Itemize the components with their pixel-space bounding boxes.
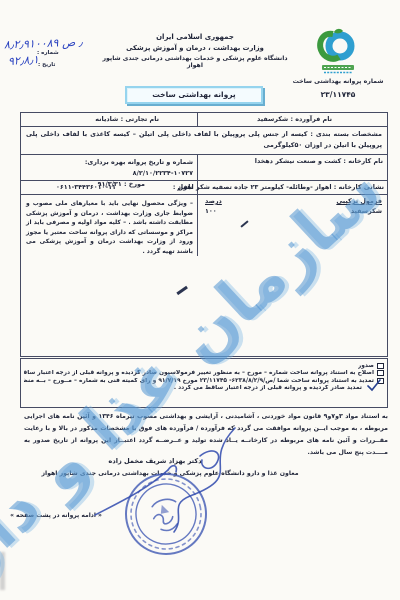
signatory-name: دکتر بهزاد شریف مخمل زاده [60,457,250,465]
date-label: تاریخ : [38,62,55,68]
trade-name-cell: نام تجارتی : شادیانه [21,113,197,126]
table-row: نام فرآورده : شکرسفید نام تجارتی : شادیا… [21,113,387,127]
issuance-item-issue: صدور [24,363,384,369]
renewal-suffix: مورخ ۹۱/۷/۱۹ و رای کمیته فنی به شماره – … [24,378,198,384]
factory-address-cell: نشانی کارخانه : اهواز -وطائله- کیلومتر ۲… [197,181,387,194]
food-and-drug-organization-logo-icon [312,27,362,75]
factory-address-label: نشانی کارخانه : [334,183,384,191]
issuance-item-label: اصلاح به استناد پروانه ساخت شماره – مورخ… [24,370,374,376]
renewal-prefix: تمدید به استناد پروانه ساخت شماره [277,378,374,384]
table-row: فرمول ترکیبی درصد شکرسفید ۱۰۰ – ویژگی مح… [21,195,387,256]
factory-address-value: اهواز -وطائله- کیلومتر ۲۳ جاده تصفیه شکر… [177,183,331,191]
license-number-value: ۲۳/۱۱۷۴۵ [290,90,386,99]
operation-license-label: شماره و تاریخ پروانه بهره برداری: [85,158,193,166]
formula-cell: فرمول ترکیبی درصد شکرسفید ۱۰۰ [197,195,387,256]
scan-smudge-artifact [0,552,5,590]
phone-cell: تلفن : ۰۶۱۱-۳۴۴۳۶۰۱۰-۱۱ [21,181,197,194]
renewal-checkbox [377,378,384,384]
handwritten-date: ۹۲٫۸٫۱ [8,53,40,68]
table-row: مشخصات بسته بندی : کیسه از جنس پلی پروپی… [21,127,387,155]
trade-name-value: شادیانه [95,115,118,123]
issue-checkbox [377,363,384,369]
health-manufacturing-license-document: سازمان غذا و دارو ۸٫۲٫۹٫ ص ۱۰۰۸۹ شماره :… [0,0,400,600]
ministry-title: وزارت بهداشت ، درمان و آموزش پزشکی [95,44,295,52]
document-title: پروانه بهداشتی ساخت [152,90,236,99]
packaging-cell: مشخصات بسته بندی : کیسه از جنس پلی پروپی… [21,127,387,154]
notes-cell: – ویژگی محصول نهایی باید با معیارهای ملی… [21,195,197,256]
formula-ingredient-percent: ۱۰۰ [205,207,217,215]
number-label: شماره : [37,50,59,56]
handwritten-number: ۸٫۲٫۹٫ ص ۱۰۰۸۹ [4,36,83,52]
trade-name-label: نام تجارتی : [121,115,159,123]
license-number-label: شماره پروانه بهداشتی ساخت [290,78,386,85]
formula-header: فرمول ترکیبی [336,197,382,205]
issuance-item-amendment: اصلاح به استناد پروانه ساخت شماره – مورخ… [24,370,384,376]
operation-license-cell: شماره و تاریخ پروانه بهره برداری: ۸/۲/۱۰… [21,155,197,180]
factory-name-value: کشت و صنعت نیشکر دهخدا [255,157,341,165]
issuance-item-renewal: تمدید به استناد پروانه ساخت شماره ۲۳/۱۱۷… [24,378,384,384]
product-name-cell: نام فرآورده : شکرسفید [197,113,387,126]
factory-name-label: نام کارخانه : [343,157,383,165]
legal-statement: به استناد مواد ۳و۷و۹ قانون مواد خوردنی ،… [24,411,388,459]
formula-ingredient-name: شکرسفید [351,207,382,215]
continuation-note: « ادامه پروانه در پشت صفحه » [10,512,102,519]
issuance-item-label: صدور [358,363,374,369]
signatory-title: معاون غذا و دارو دانشگاه علوم پزشکی و خد… [15,470,325,477]
issuance-type-box: صدور اصلاح به استناد پروانه ساخت شماره –… [20,358,388,408]
product-name-value: شکرسفید [257,115,288,123]
percent-header: درصد [205,197,222,205]
renewal-license-number: ۲۳/۱۱۷۴۵ -۶۲۳۸/ص/۸/۲/۹/ [200,378,276,384]
phone-value: ۰۶۱۱-۳۴۴۳۶۰۱۰-۱۱ [56,181,116,194]
university-title: دانشگاه علوم پزشکی و خدمات بهداشتی درمان… [95,55,295,69]
table-row: نام کارخانه : کشت و صنعت نیشکر دهخدا شما… [21,155,387,181]
table-row: نشانی کارخانه : اهواز -وطائله- کیلومتر ۲… [21,181,387,195]
operation-license-number: ۸/۲/۱۰/۲۲۳۴-۱۰۷۲۷ [133,169,193,177]
country-title: جمهوری اسلامی ایران [95,33,295,41]
document-header: جمهوری اسلامی ایران وزارت بهداشت ، درمان… [95,33,295,69]
factory-name-cell: نام کارخانه : کشت و صنعت نیشکر دهخدا [197,155,387,180]
issuance-item-renewal-continuation: تمدید صادر گردیده و پروانه قبلی از درجه … [24,385,384,391]
license-details-table: نام فرآورده : شکرسفید نام تجارتی : شادیا… [20,112,388,357]
document-title-box: پروانه بهداشتی ساخت [125,86,263,104]
phone-label: تلفن : [173,181,193,194]
product-name-label: نام فرآورده : [290,115,332,123]
issuance-item-label: تمدید صادر گردیده و پروانه قبلی از درجه … [174,385,362,391]
amendment-checkbox [377,370,384,376]
